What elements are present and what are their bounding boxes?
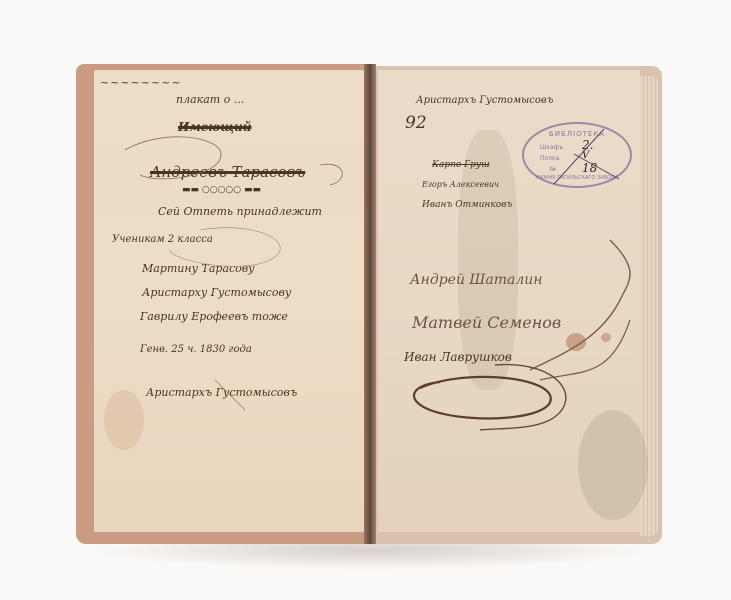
stamp-cross-stroke — [524, 124, 630, 186]
library-stamp: БИБЛІОТЕКА Шкафъ 2. Полка V № 18 НИЖНЕ-Т… — [522, 122, 632, 188]
pen-flourishes — [0, 0, 731, 600]
